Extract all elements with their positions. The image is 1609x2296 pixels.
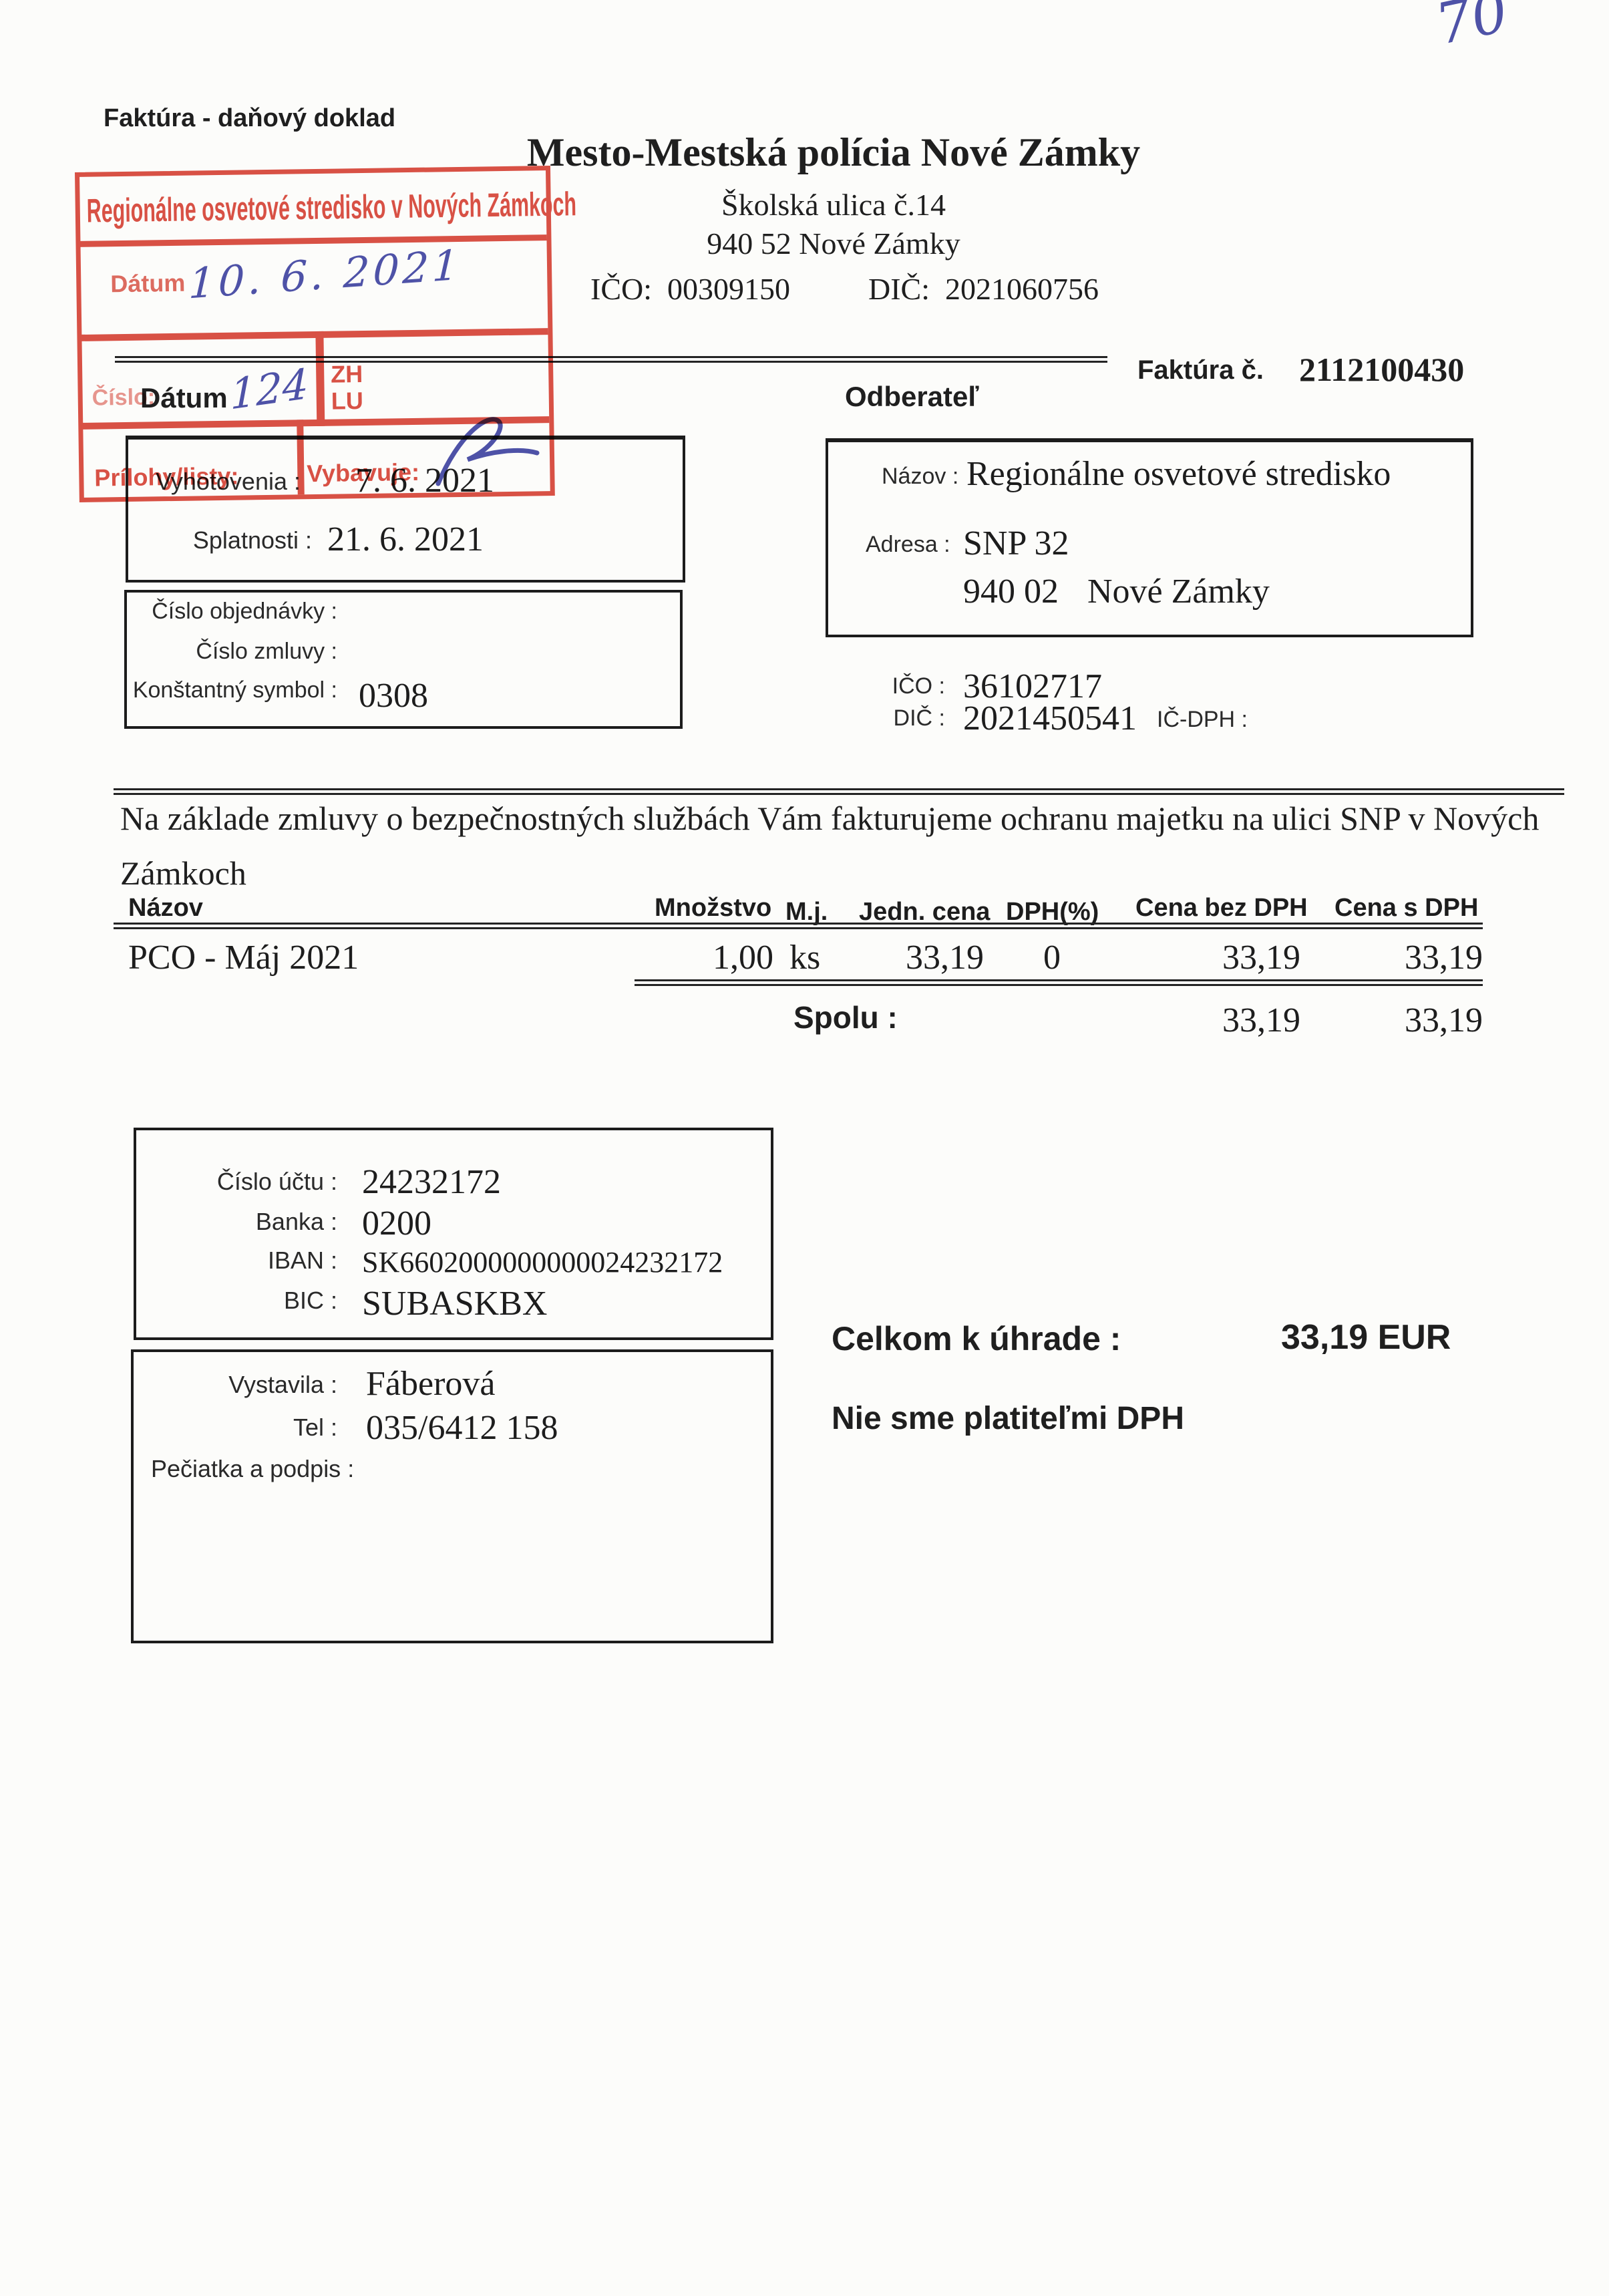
stamp-divider-1 — [79, 234, 546, 247]
stamp-cislo-label: Číslo: — [92, 384, 155, 411]
issued-by-label: Vystavila : — [127, 1371, 337, 1399]
iban-value: SK6602000000000024232172 — [362, 1245, 723, 1279]
stamp-vertical-divider-2 — [297, 420, 305, 494]
item-name: PCO - Máj 2021 — [128, 938, 359, 977]
supplier-ico-value: 00309150 — [667, 272, 790, 306]
stamp-org-name: Regionálne osvetové stredisko v Nových Z… — [86, 186, 576, 230]
invoice-scan-page: 70 Faktúra - daňový doklad Mesto-Mestská… — [0, 0, 1609, 2296]
col-header-mnozstvo: Množstvo — [655, 894, 771, 923]
col-header-cena-bez-dph: Cena bez DPH — [1135, 894, 1308, 923]
customer-ico-label: IČO : — [835, 673, 945, 699]
customer-name-value: Regionálne osvetové stredisko — [966, 454, 1391, 494]
item-unit-price: 33,19 — [882, 938, 984, 977]
invoice-number-label: Faktúra č. — [1137, 355, 1264, 385]
stamp-lu-label: LU — [331, 387, 364, 416]
table-total-rule — [635, 979, 1483, 986]
intro-divider-rule — [114, 788, 1564, 795]
item-price-excl-vat: 33,19 — [1196, 938, 1300, 977]
stamp-datum-label: Dátum — [110, 269, 186, 299]
iban-label: IBAN : — [127, 1247, 337, 1275]
supplier-ico: IČO: 00309150 — [590, 271, 790, 307]
account-number-value: 24232172 — [362, 1162, 501, 1202]
stamp-prilohy-label: Prílohy/listy: — [94, 462, 239, 492]
total-due-label: Celkom k úhrade : — [832, 1319, 1121, 1358]
tel-value: 035/6412 158 — [366, 1408, 558, 1448]
total-excl-vat: 33,19 — [1196, 1001, 1300, 1040]
customer-address-label: Adresa : — [866, 532, 950, 558]
due-date-label: Splatnosti : — [137, 526, 312, 554]
stamp-divider-2 — [80, 328, 548, 341]
contract-number-label: Číslo zmluvy : — [127, 639, 337, 665]
stamp-zh-label: ZH — [331, 360, 363, 389]
intro-text-line2: Zámkoch — [120, 854, 246, 892]
stamp-vertical-divider-1 — [315, 331, 325, 426]
supplier-dic-value: 2021060756 — [945, 272, 1099, 306]
customer-icdph-label: IČ-DPH : — [1157, 707, 1248, 733]
supplier-ico-label: IČO: — [590, 272, 652, 306]
total-due-value: 33,19 EUR — [1281, 1317, 1451, 1357]
col-header-nazov: Názov — [128, 894, 203, 923]
supplier-dic: DIČ: 2021060756 — [868, 271, 1099, 307]
supplier-name: Mesto-Mestská polícia Nové Zámky — [527, 130, 1140, 176]
supplier-dic-label: DIČ: — [868, 272, 930, 306]
customer-city-value: Nové Zámky — [1087, 572, 1270, 611]
handwritten-corner-note: 70 — [1430, 0, 1513, 57]
intro-text-line1: Na základe zmluvy o bezpečnostných služb… — [120, 799, 1539, 838]
customer-dic-value: 2021450541 — [963, 699, 1137, 738]
total-incl-vat: 33,19 — [1377, 1001, 1483, 1040]
vat-note: Nie sme platiteľmi DPH — [832, 1400, 1184, 1437]
issued-by-value: Fáberová — [366, 1364, 495, 1404]
bic-value: SUBASKBX — [362, 1284, 547, 1323]
table-header-rule — [114, 923, 1483, 929]
stamp-signature-label: Pečiatka a podpis : — [151, 1455, 354, 1483]
constant-symbol-value: 0308 — [359, 676, 428, 715]
item-unit: ks — [789, 938, 820, 977]
order-number-label: Číslo objednávky : — [127, 599, 337, 625]
bank-code-label: Banka : — [127, 1208, 337, 1236]
customer-section-heading: Odberateľ — [845, 381, 979, 413]
item-quantity: 1,00 — [668, 938, 773, 977]
invoice-number-value: 2112100430 — [1299, 350, 1464, 389]
document-type-label: Faktúra - daňový doklad — [104, 104, 395, 133]
customer-street-value: SNP 32 — [963, 524, 1069, 563]
constant-symbol-label: Konštantný symbol : — [127, 677, 337, 703]
account-number-label: Číslo účtu : — [127, 1168, 337, 1196]
supplier-address-line2: 940 52 Nové Zámky — [707, 226, 960, 261]
item-price-incl-vat: 33,19 — [1377, 938, 1483, 977]
customer-dic-label: DIČ : — [835, 705, 945, 731]
stamp-vybavuje-label: Vybavuje: — [307, 458, 419, 488]
tel-label: Tel : — [127, 1414, 337, 1442]
bic-label: BIC : — [127, 1287, 337, 1315]
bank-code-value: 0200 — [362, 1204, 431, 1243]
customer-name-label: Názov : — [882, 464, 958, 490]
customer-zip-value: 940 02 — [963, 572, 1059, 611]
due-date-value: 21. 6. 2021 — [327, 520, 484, 559]
total-label: Spolu : — [793, 999, 898, 1035]
col-header-cena-s-dph: Cena s DPH — [1334, 894, 1478, 923]
handwritten-flourish — [426, 409, 546, 496]
item-vat-percent: 0 — [1043, 938, 1061, 977]
supplier-address-line1: Školská ulica č.14 — [721, 187, 946, 222]
